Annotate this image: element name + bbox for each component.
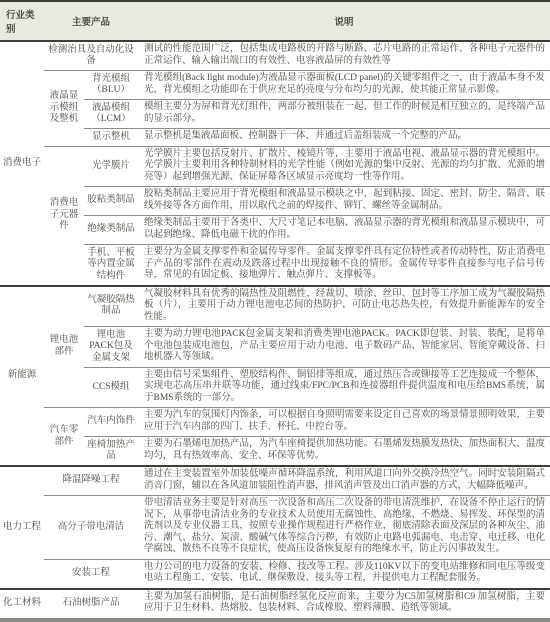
description-cell: 胶粘类制品主要应用于背光模组和液晶显示模块之中，起到粘接、固定、密封、防尘、隔音… xyxy=(138,187,550,216)
description-cell: 主要分为金属支撑零件和金属传导零件。金属支撑零件具有定位特性或者传动特性，防止消… xyxy=(138,245,550,286)
table-row: 液晶显示模组及整机 背光模组（BLU） 背光模组(Back light modu… xyxy=(0,71,550,100)
description-cell: 主要为石墨烯电加热产品，为汽车座椅提供加热功能。石墨烯发热膜发热快、加热面积大、… xyxy=(138,437,550,467)
group-cell: 汽车零部件 xyxy=(44,408,84,467)
header-row: 行业类别 主要产品 说明 xyxy=(0,1,550,41)
product-cell: 手机、平板等内置金属结构件 xyxy=(84,245,138,286)
group-cell: 锂电池部件 xyxy=(44,286,84,408)
product-cell: CCS模组 xyxy=(84,367,138,408)
description-cell: 通过在主变装置室外加装低噪声循环降温系统，利用风道口向外交换冷热空气。同时安装阻… xyxy=(138,466,550,496)
description-cell: 主要为加氢石油树脂，是石油树脂经氢化反应而来，主要分为C5加氢树脂和C9 加氢树… xyxy=(138,589,550,620)
description-cell: 带电清洁业务主要是针对高压一次设备和高压二次设备的带电清洗维护，在设备不停止运行… xyxy=(138,496,550,560)
table-row: 消费电子元器件 光学膜片 光学膜片主要包括反射片、扩散片、棱镜片等，主要用于液晶… xyxy=(0,146,550,187)
description-cell: 显示整机是集液晶面板、控制器于一体，并通过后盖组装成一个完整的产品。 xyxy=(138,129,550,147)
table-row: 高分子带电清洁 带电清洁业务主要是针对高压一次设备和高压二次设备的带电清洗维护，… xyxy=(0,496,550,560)
product-cell: 液晶模组（LCM） xyxy=(84,100,138,129)
table-row: 电力工程 降温降噪工程 通过在主变装置室外加装低噪声循环降温系统，利用风道口向外… xyxy=(0,466,550,496)
group-cell: 液晶显示模组及整机 xyxy=(44,71,84,147)
product-cell: 高分子带电清洁 xyxy=(44,496,138,560)
description-cell: 测试的性能范围广泛，包括集成电路板的开路与断路、芯片电路的正常运作、各种电子元器… xyxy=(138,41,550,71)
description-cell: 主要为动力锂电池PACK包金属支架和消费类锂电池PACK。PACK即包装、封装、… xyxy=(138,327,550,368)
header-industry: 行业类别 xyxy=(0,1,44,41)
product-cell: 胶粘类制品 xyxy=(84,187,138,216)
table-row: 安装工程 电力公司的电力设备的安装、检修、技改等工程。涉及110KV以下的变电站… xyxy=(0,559,550,589)
table-row: 化工材料 石油树脂产品 主要为加氢石油树脂，是石油树脂经氢化反应而来，主要分为C… xyxy=(0,589,550,620)
group-cell: 消费电子元器件 xyxy=(44,146,84,286)
product-cell: 锂电池PACK包及金属支架 xyxy=(84,327,138,368)
table-row: 消费电子 检测治具及自动化设备 测试的性能范围广泛，包括集成电路板的开路与断路、… xyxy=(0,41,550,71)
industry-cell: 新能源 xyxy=(0,286,44,467)
description-cell: 主要为汽车的氛围灯内饰条，可以根据自身照明需要来设定自己喜欢的场景情景照明效果，… xyxy=(138,408,550,437)
table-row: 新能源 锂电池部件 气凝胶隔热制品 气凝胶材料具有优秀的隔热性及阻燃性，经裁切、… xyxy=(0,286,550,327)
description-cell: 绝缘类制品主要用于各类中、大尺寸笔记本电脑、液晶显示器的背光模组和液晶显示模块中… xyxy=(138,216,550,245)
description-cell: 电力公司的电力设备的安装、检修、技改等工程。涉及110KV以下的变电站维修和同电… xyxy=(138,559,550,589)
product-cell: 光学膜片 xyxy=(84,146,138,187)
industry-cell: 电力工程 xyxy=(0,466,44,589)
product-cell: 座椅加热产品 xyxy=(84,437,138,467)
product-cell: 绝缘类制品 xyxy=(84,216,138,245)
description-cell: 光学膜片主要包括反射片、扩散片、棱镜片等，主要用于液晶电视、液晶显示器的背光模组… xyxy=(138,146,550,187)
industry-cell: 消费电子 xyxy=(0,41,44,286)
product-cell: 气凝胶隔热制品 xyxy=(84,286,138,327)
product-cell: 显示整机 xyxy=(84,129,138,147)
product-cell: 降温降噪工程 xyxy=(44,466,138,496)
description-cell: 主要由信号采集组件、塑胶结构件、铜铝排等组成，通过热压合或铆接等工艺连接成一个整… xyxy=(138,367,550,408)
industry-cell: 化工材料 xyxy=(0,589,44,620)
table-row: 汽车零部件 汽车内饰件 主要为汽车的氛围灯内饰条，可以根据自身照明需要来设定自己… xyxy=(0,408,550,437)
product-cell: 检测治具及自动化设备 xyxy=(44,41,138,71)
industry-products-table: 行业类别 主要产品 说明 消费电子 检测治具及自动化设备 测试的性能范围广泛，包… xyxy=(0,0,550,622)
header-description: 说明 xyxy=(138,1,550,41)
product-cell: 安装工程 xyxy=(44,559,138,589)
product-cell: 背光模组（BLU） xyxy=(84,71,138,100)
description-cell: 背光模组(Back light module)为液晶显示器面板(LCD pane… xyxy=(138,71,550,100)
header-products: 主要产品 xyxy=(44,1,138,41)
product-cell: 石油树脂产品 xyxy=(44,589,138,620)
product-cell: 汽车内饰件 xyxy=(84,408,138,437)
description-cell: 气凝胶材料具有优秀的隔热性及阻燃性，经裁切、喷涂、丝印、包封等工序加工成为气凝胶… xyxy=(138,286,550,327)
description-cell: 模组主要分为屏和背光灯组件，两部分被组装在一起，但工作的时候是相互独立的，是终端… xyxy=(138,100,550,129)
